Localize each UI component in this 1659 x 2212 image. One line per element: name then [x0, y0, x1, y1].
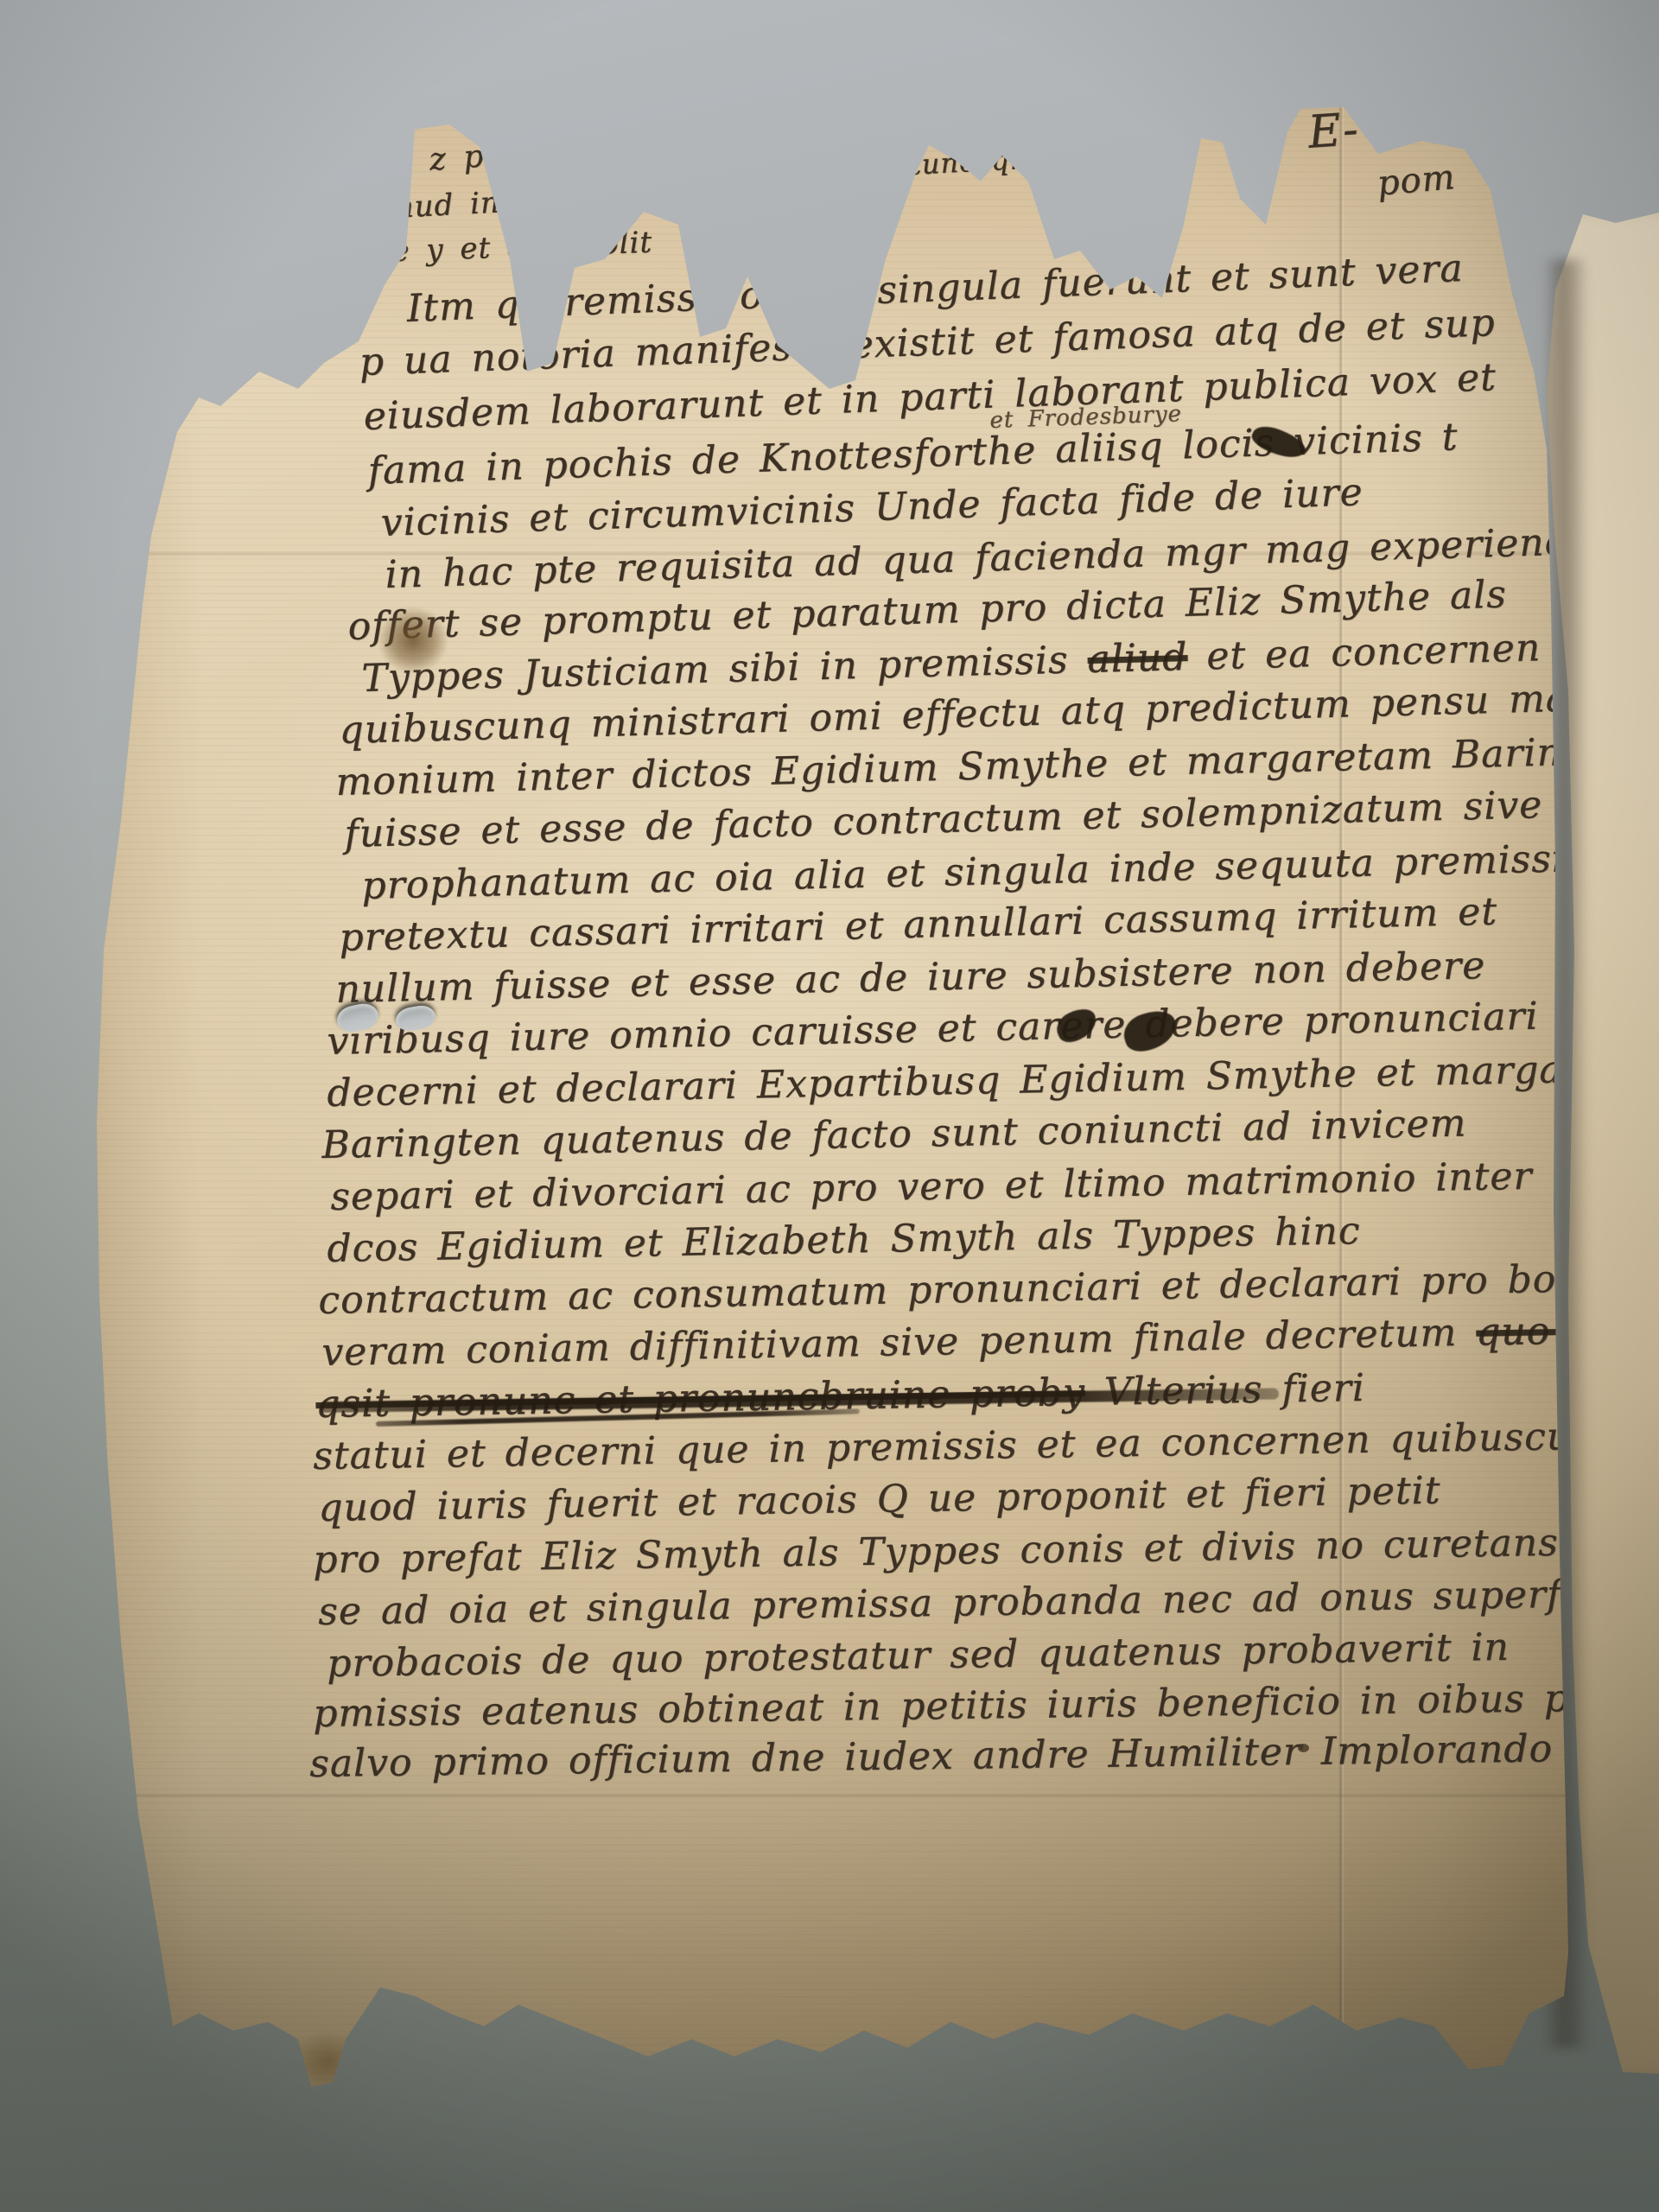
manuscript-text-line: dcos Egidium et Elizabeth Smyth als Typp…: [327, 1209, 1361, 1271]
torn-edge-text-fragment: E-: [1306, 104, 1361, 159]
torn-edge-text-fragment: pom: [1376, 157, 1457, 204]
marginal-mark: S: [256, 295, 295, 348]
manuscript-text-line: probacois de quo protestatur sed quatenu…: [327, 1625, 1510, 1686]
manuscript-text-line: pmissis eatenus obtineat in petitis iuri…: [313, 1675, 1659, 1736]
photo-background: { "colors":{ "background_top":"#b7babe",…: [0, 0, 1659, 2212]
manuscript-page: Sh z ptstunc qmntE-pomdnud indirem vultd…: [73, 102, 1581, 2141]
torn-edge-text-fragment: nt: [1251, 129, 1281, 160]
manuscript-text-line: dnud indirem vult: [374, 176, 669, 226]
manuscript-text-line: pro prefat Eliz Smyth als Typpes conis e…: [313, 1521, 1559, 1582]
manuscript-text: veram coniam diffinitivam sive penum fin…: [321, 1311, 1477, 1375]
struck-text: aliud: [1087, 635, 1188, 682]
manuscript-text-line: quod iuris fuerit et racois Q ue proponi…: [318, 1469, 1441, 1530]
ink-blot: [378, 607, 448, 674]
manuscript-text-line: de y et de quolit: [372, 226, 653, 270]
ink-blot: [503, 1288, 510, 1294]
torn-edge-text-fragment: tunc qm: [909, 142, 1038, 181]
ink-blot: [1298, 1744, 1309, 1752]
horizontal-fold-crease: [73, 1793, 1581, 1798]
ink-blot: [289, 2031, 365, 2093]
manuscript-text-line: salvo primo officium dne iudex andre Hum…: [309, 1726, 1597, 1786]
manuscript-text-line: se ad oia et singula premissa probanda n…: [318, 1572, 1624, 1634]
torn-edge-text-fragment: h z pts: [391, 137, 516, 181]
